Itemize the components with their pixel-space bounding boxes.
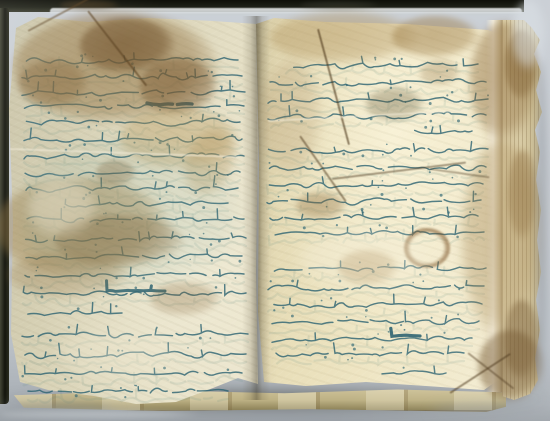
manuscript-photo <box>0 0 550 421</box>
plastic-sleeve-highlight <box>50 8 522 15</box>
left-page <box>8 12 258 406</box>
gutter-shadow <box>242 16 270 400</box>
fore-edge-fold <box>486 20 504 392</box>
right-page <box>256 12 506 404</box>
page-stack-right-edge <box>502 20 542 400</box>
dark-left-edge <box>0 8 9 404</box>
